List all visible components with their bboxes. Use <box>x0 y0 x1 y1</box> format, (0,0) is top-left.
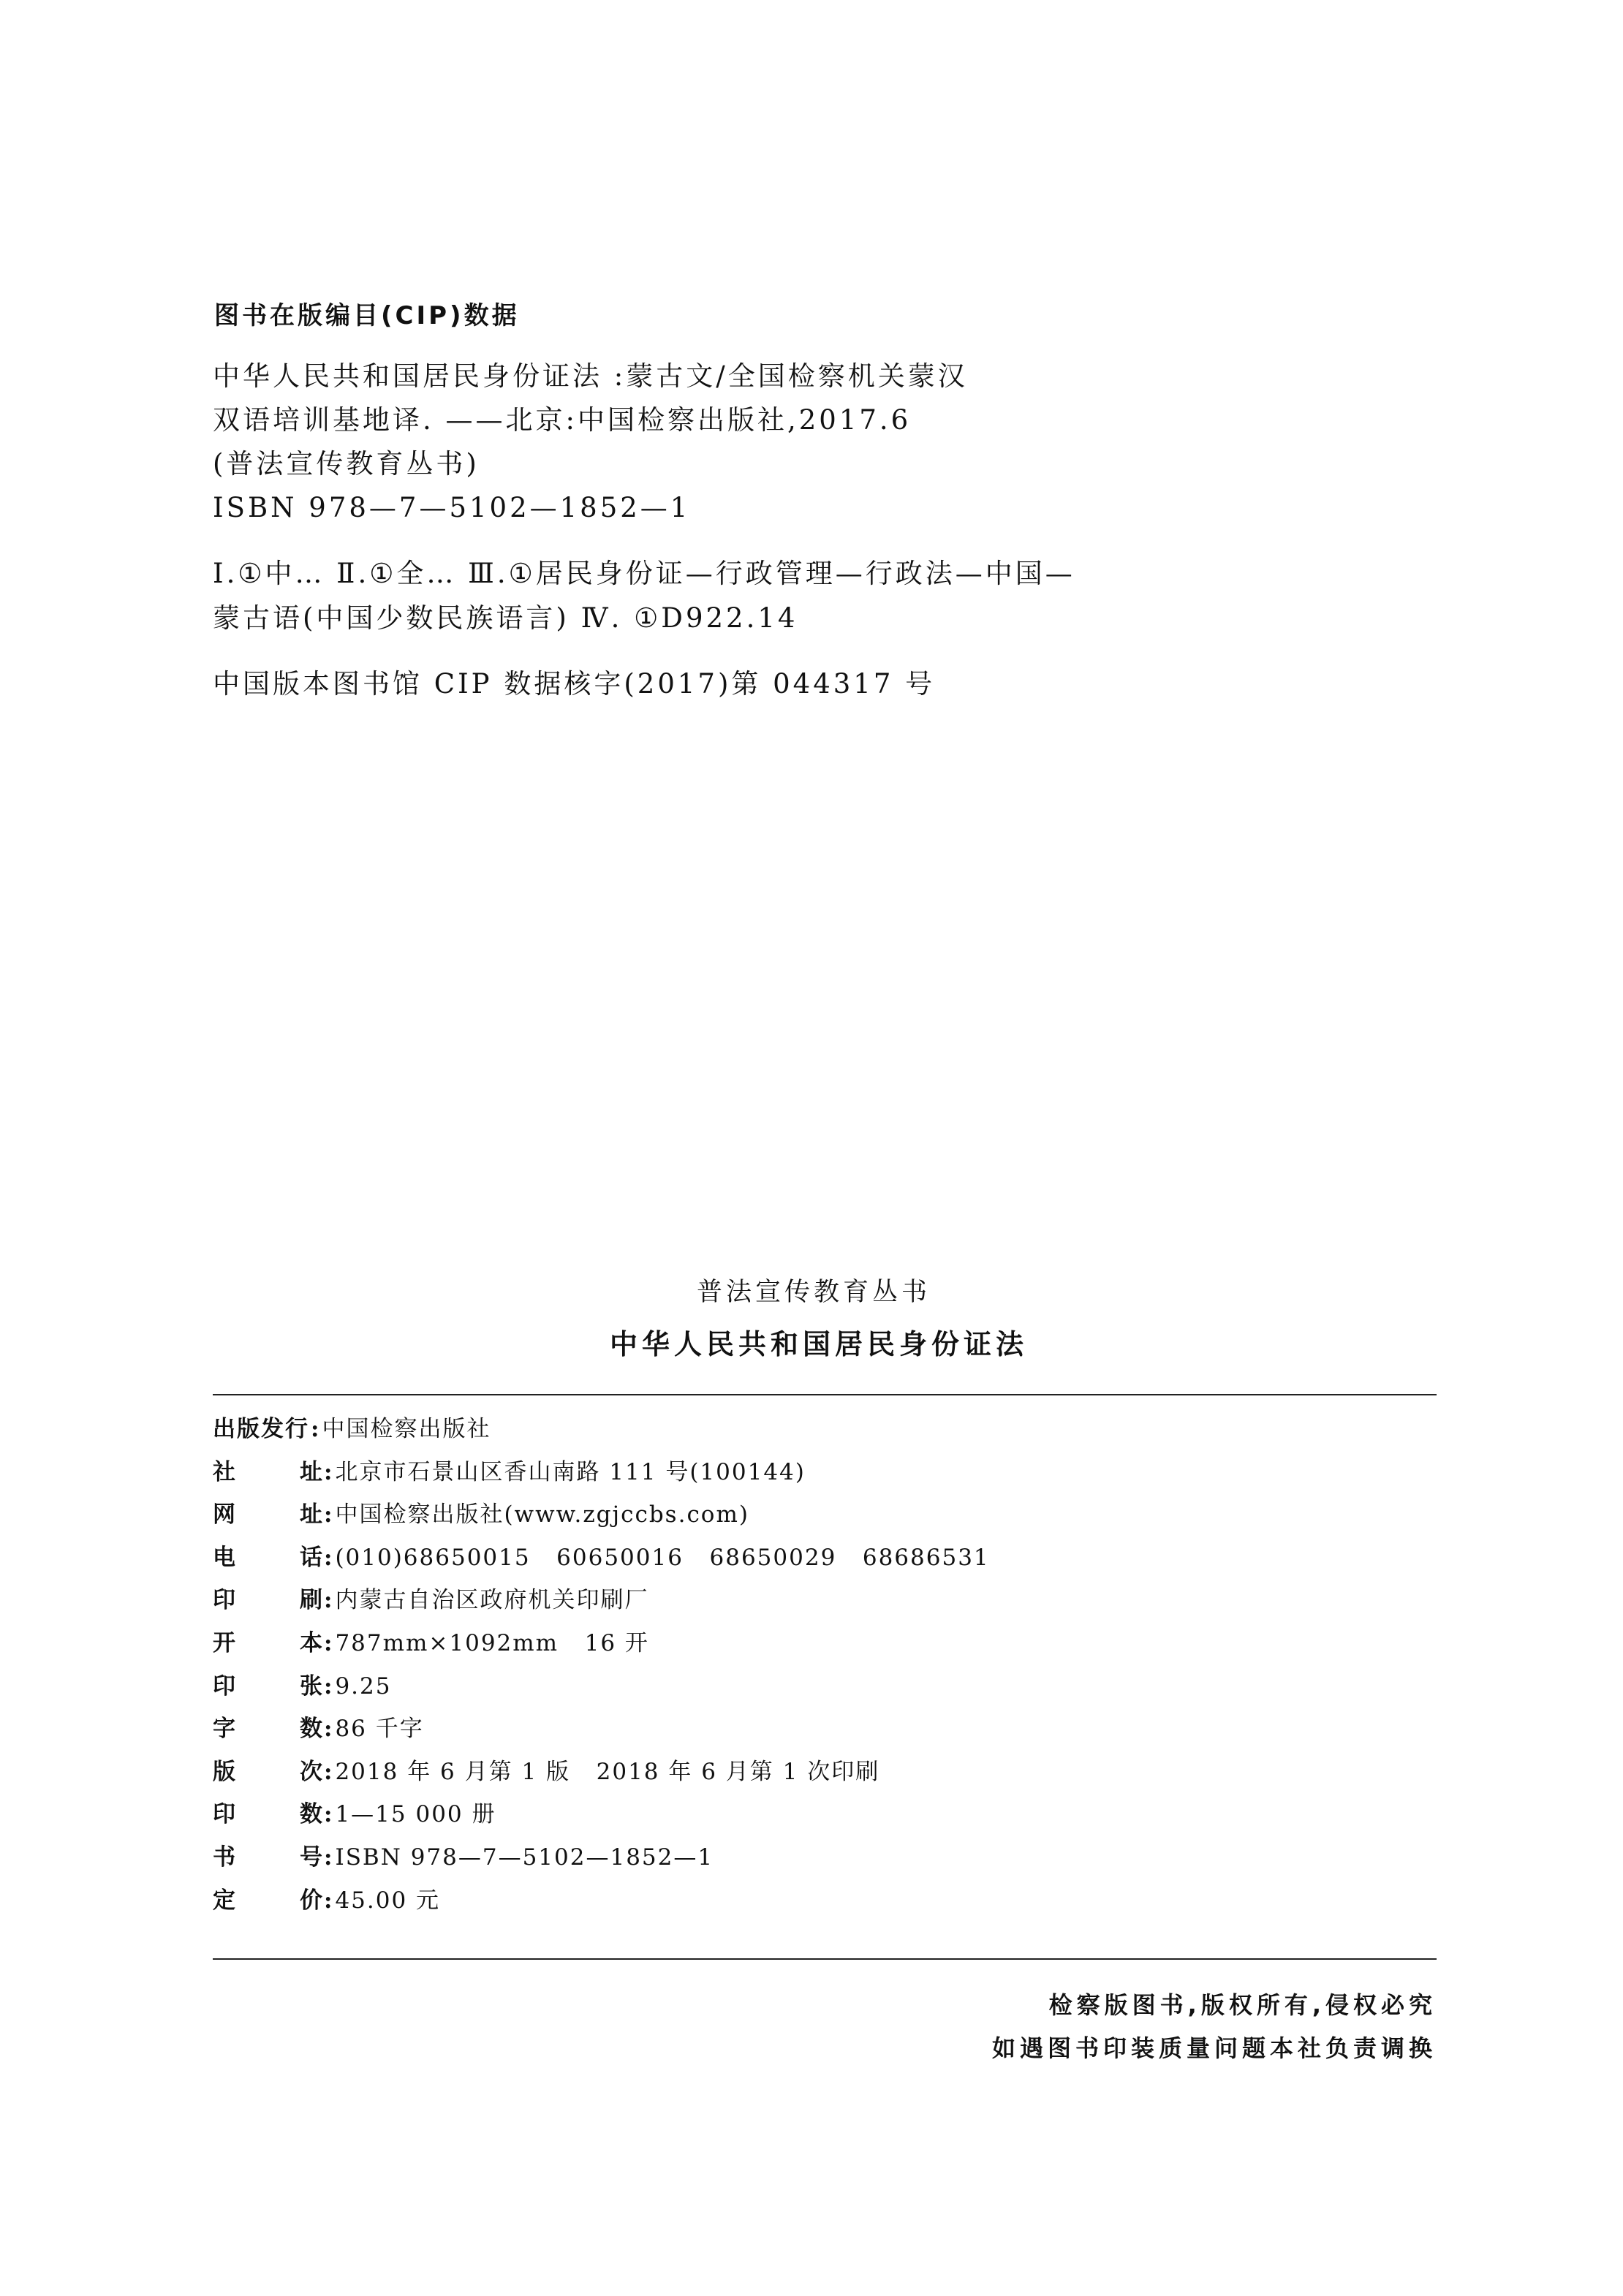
cip-line-subjects: Ⅰ.①中… Ⅱ.①全… Ⅲ.①居民身份证—行政管理—行政法—中国— <box>213 560 1075 587</box>
row-value: 北京市石景山区香山南路 111 号(100144) <box>335 1461 805 1484</box>
row-value: 内蒙古自治区政府机关印刷厂 <box>335 1589 648 1612</box>
row-label: 开本 <box>213 1632 322 1655</box>
cip-heading: 图书在版编目(CIP)数据 <box>214 295 520 331</box>
row-separator: : <box>324 1718 332 1740</box>
colophon-row-price: 定价 : 45.00 元 <box>213 1890 990 1933</box>
cip-line-isbn: ISBN 978—7—5102—1852—1 <box>213 494 690 521</box>
colophon-row-printer: 印刷 : 内蒙古自治区政府机关印刷厂 <box>213 1589 990 1632</box>
colophon-row-wordcount: 字数 : 86 千字 <box>213 1718 990 1761</box>
colophon-row-edition: 版次 : 2018 年 6 月第 1 版 2018 年 6 月第 1 次印刷 <box>213 1761 990 1804</box>
row-value: 1—15 000 册 <box>335 1803 496 1826</box>
colophon-row-phone: 电话 : (010)68650015 60650016 68650029 686… <box>213 1547 990 1590</box>
cip-line-verification: 中国版本图书馆 CIP 数据核字(2017)第 044317 号 <box>213 670 935 697</box>
row-value: 86 千字 <box>335 1718 423 1740</box>
row-value: 45.00 元 <box>335 1890 440 1912</box>
row-separator: : <box>311 1418 319 1441</box>
row-separator: : <box>324 1461 332 1484</box>
book-title: 中华人民共和国居民身份证法 <box>0 1322 1623 1362</box>
row-label: 定价 <box>213 1890 322 1912</box>
row-separator: : <box>324 1632 332 1655</box>
row-separator: : <box>324 1504 332 1526</box>
row-separator: : <box>324 1890 332 1912</box>
colophon-row-sheets: 印张 : 9.25 <box>213 1675 990 1719</box>
row-separator: : <box>324 1803 332 1826</box>
row-value: 9.25 <box>335 1675 391 1698</box>
colophon-row-address: 社址 : 北京市石景山区香山南路 111 号(100144) <box>213 1461 990 1504</box>
cip-line-series: (普法宣传教育丛书) <box>213 450 480 477</box>
row-label: 字数 <box>213 1718 322 1740</box>
row-label: 社址 <box>213 1461 322 1484</box>
colophon-row-isbn: 书号 : ISBN 978—7—5102—1852—1 <box>213 1846 990 1890</box>
website-link: 中国检察出版社(www.zgjccbs.com) <box>335 1504 749 1526</box>
cip-line-title: 中华人民共和国居民身份证法 :蒙古文/全国检察机关蒙汉 <box>213 363 968 390</box>
row-label: 印张 <box>213 1675 322 1698</box>
colophon-table: 出版发行 : 中国检察出版社 社址 : 北京市石景山区香山南路 111 号(10… <box>213 1418 990 1932</box>
cip-line-publisher: 双语培训基地译. ——北京:中国检察出版社,2017.6 <box>213 406 911 433</box>
bottom-rule <box>213 1958 1437 1960</box>
row-label: 书号 <box>213 1846 322 1869</box>
row-value: 中国检察出版社 <box>322 1418 491 1441</box>
colophon-row-publisher: 出版发行 : 中国检察出版社 <box>213 1418 990 1461</box>
copyright-notice: 检察版图书,版权所有,侵权必究 <box>1049 1987 1437 2020</box>
row-value: 787mm×1092mm 16 开 <box>335 1632 648 1655</box>
row-separator: : <box>324 1675 332 1698</box>
colophon-row-website: 网址 : 中国检察出版社(www.zgjccbs.com) <box>213 1504 990 1547</box>
row-label: 版次 <box>213 1761 322 1784</box>
row-separator: : <box>324 1761 332 1784</box>
row-value: ISBN 978—7—5102—1852—1 <box>335 1846 714 1869</box>
colophon-row-format: 开本 : 787mm×1092mm 16 开 <box>213 1632 990 1675</box>
row-separator: : <box>324 1846 332 1869</box>
cip-line-classification: 蒙古语(中国少数民族语言) Ⅳ. ①D922.14 <box>213 605 798 632</box>
row-label: 出版发行 <box>213 1418 309 1441</box>
series-title: 普法宣传教育丛书 <box>0 1272 1623 1308</box>
colophon-row-print-run: 印数 : 1—15 000 册 <box>213 1803 990 1846</box>
top-rule <box>213 1394 1437 1395</box>
row-label: 印数 <box>213 1803 322 1826</box>
row-value: 2018 年 6 月第 1 版 2018 年 6 月第 1 次印刷 <box>335 1761 879 1784</box>
row-separator: : <box>324 1589 332 1612</box>
row-label: 网址 <box>213 1504 322 1526</box>
quality-notice: 如遇图书印装质量问题本社负责调换 <box>992 2030 1437 2064</box>
row-label: 电话 <box>213 1547 322 1569</box>
row-separator: : <box>324 1547 332 1569</box>
row-label: 印刷 <box>213 1589 322 1612</box>
row-value: (010)68650015 60650016 68650029 68686531 <box>335 1547 989 1569</box>
